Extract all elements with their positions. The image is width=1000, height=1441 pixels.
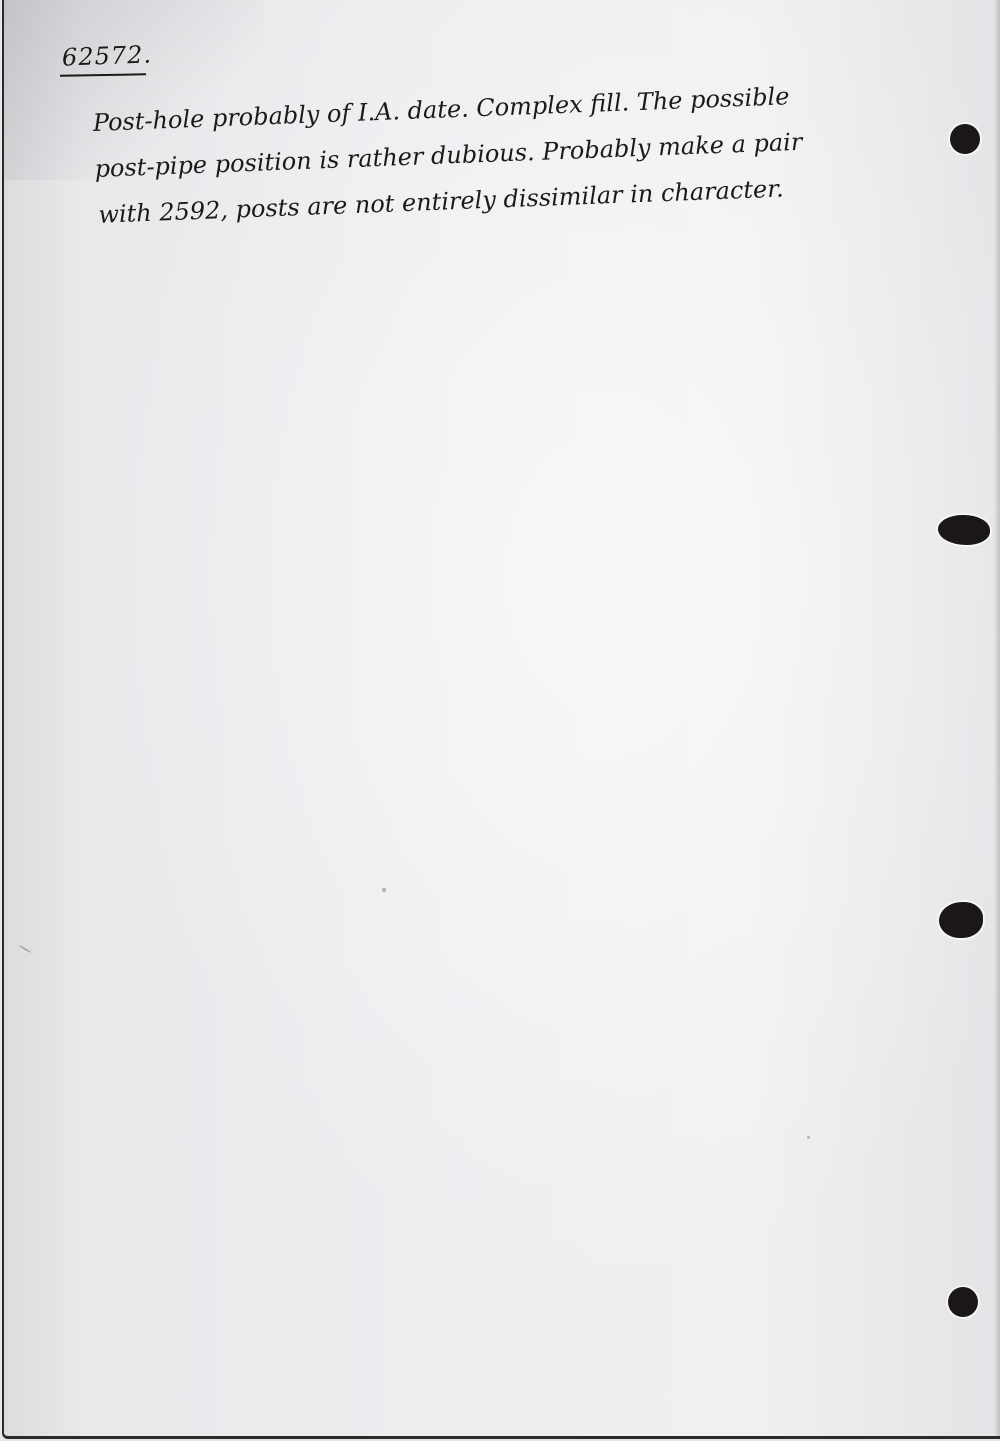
handwritten-note: Post-hole probably of I.A. date. Complex… (92, 67, 947, 238)
reference-underline (60, 73, 146, 77)
punch-hole-icon (939, 902, 983, 938)
punch-hole-icon (948, 1287, 978, 1317)
punch-hole-icon (950, 124, 980, 154)
paper-speck (382, 888, 386, 892)
paper-speck (807, 1136, 810, 1139)
punch-hole-icon (938, 515, 990, 545)
reference-number: 62572. (62, 40, 153, 71)
scan-edge-shadow (994, 0, 1000, 1436)
paper-speck (18, 945, 31, 954)
record-sheet: 62572. Post-hole probably of I.A. date. … (2, 0, 1000, 1439)
